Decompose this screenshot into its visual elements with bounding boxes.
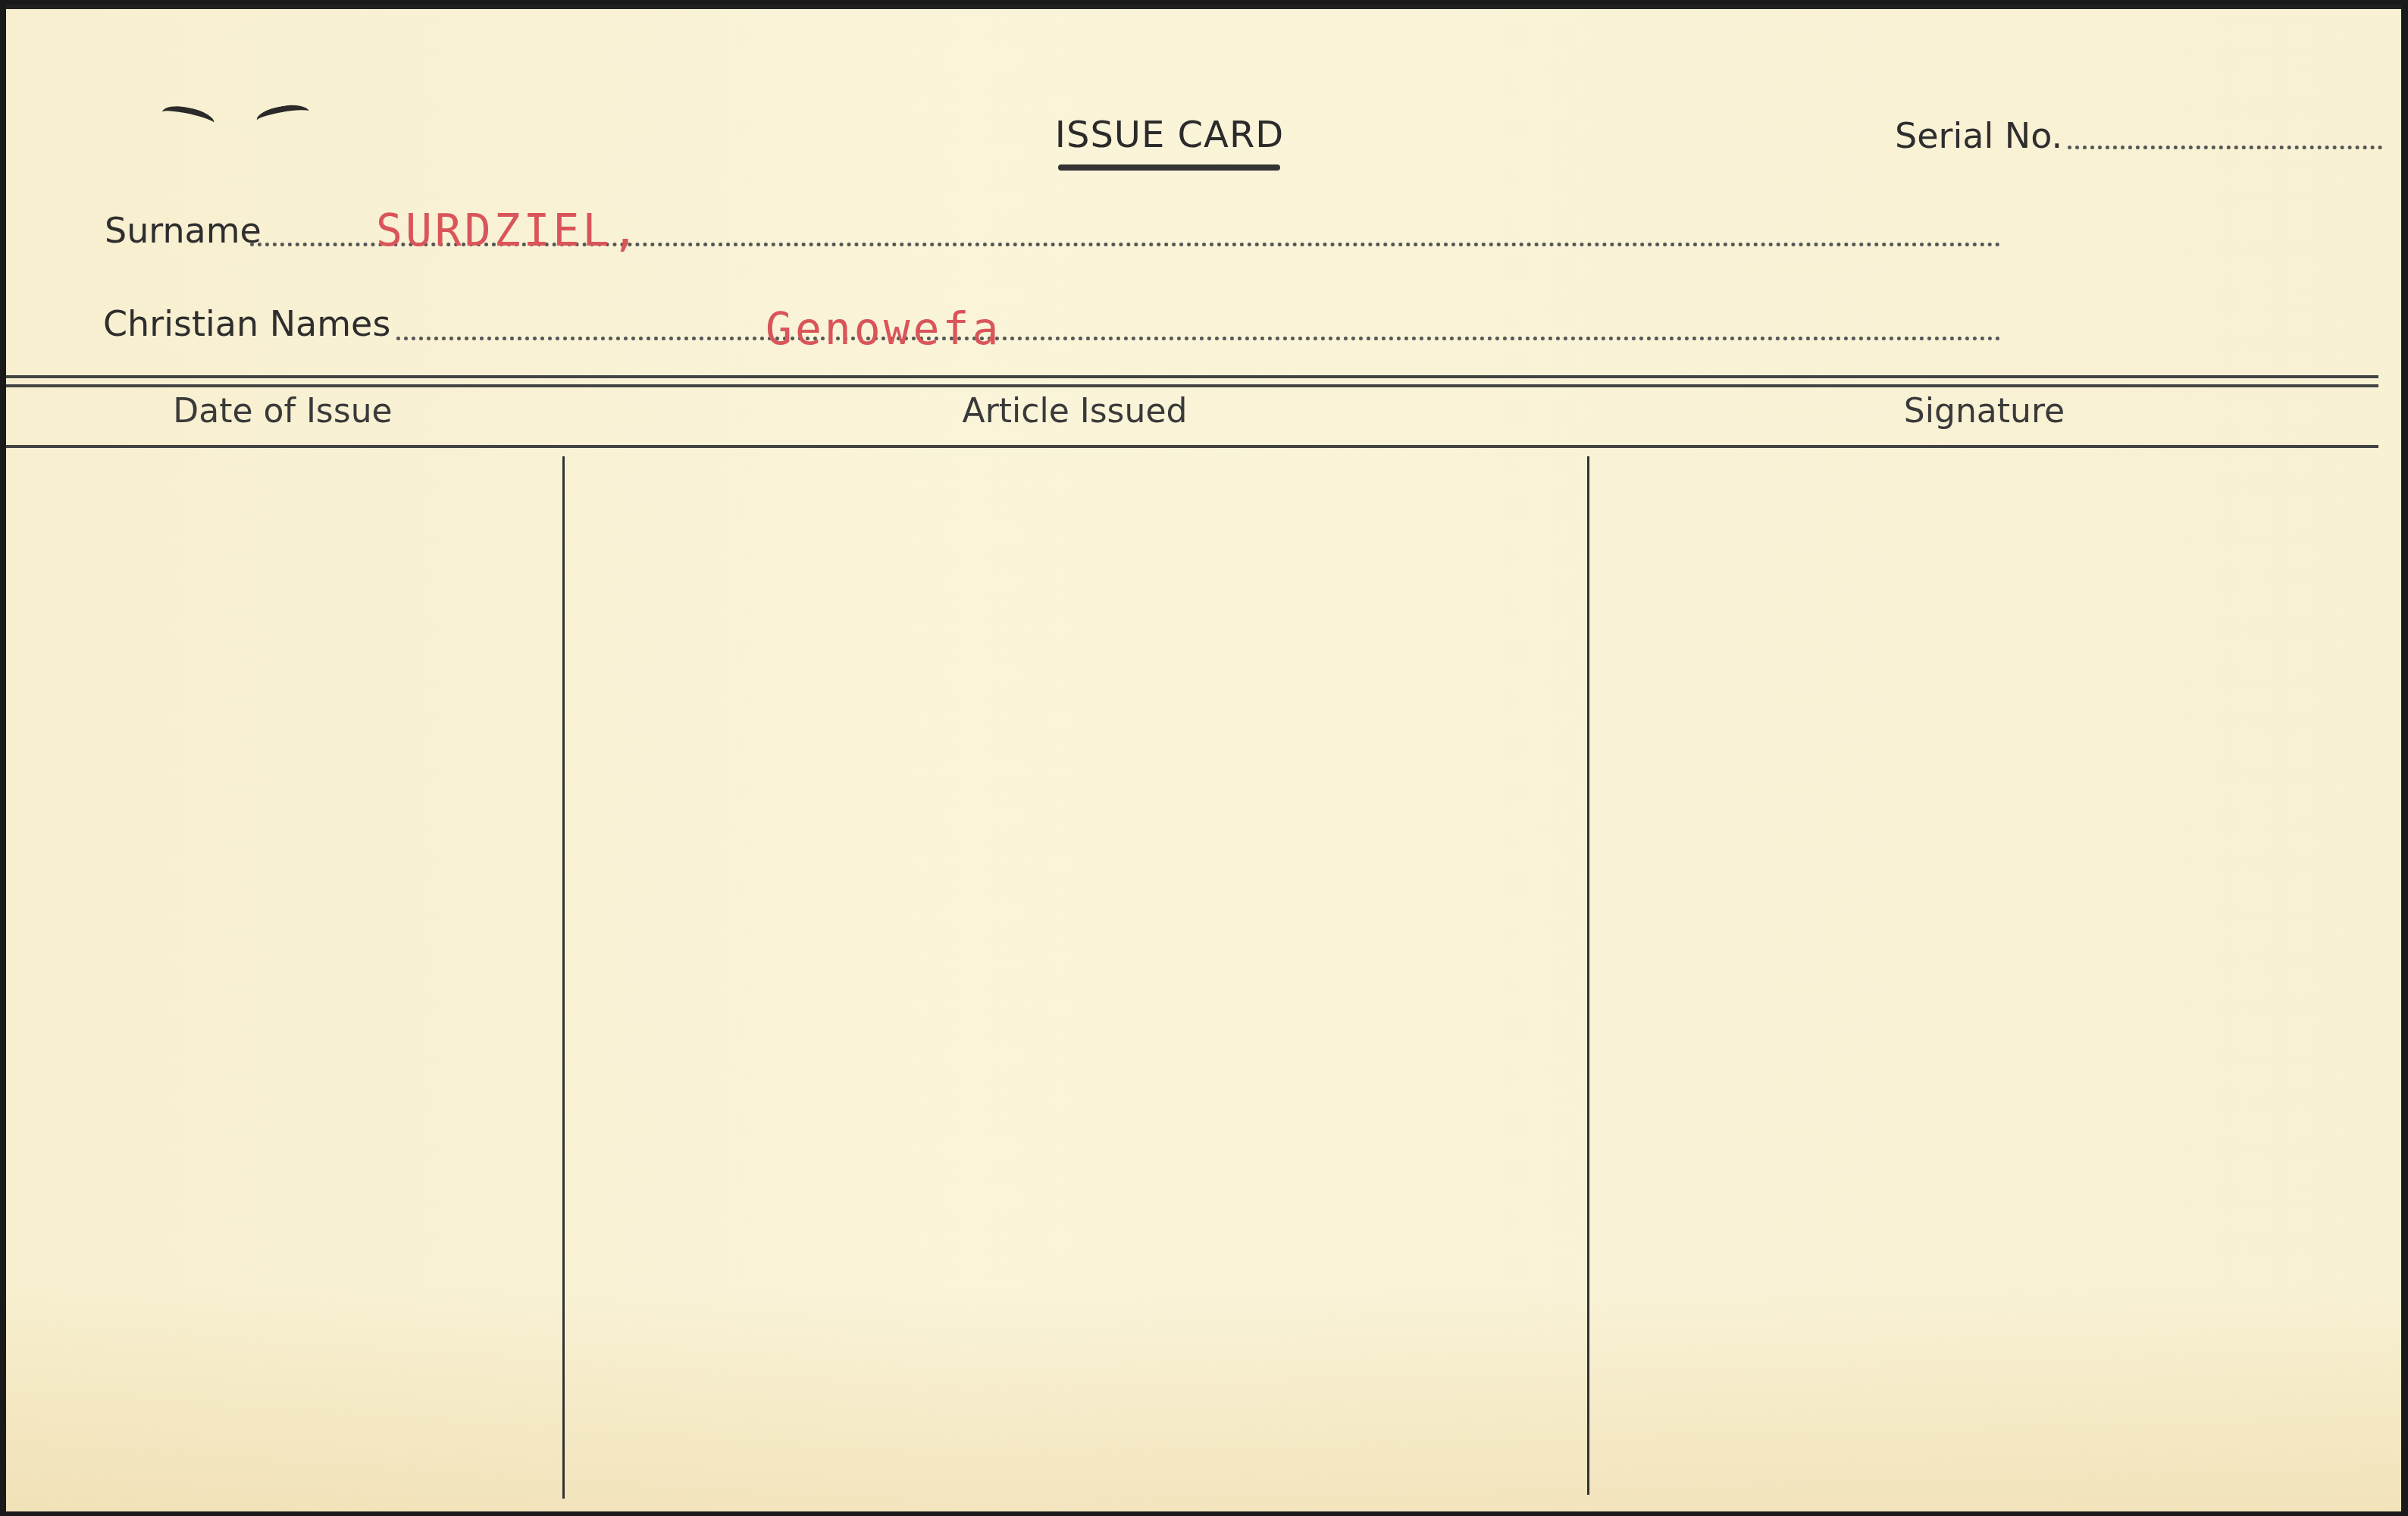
signature-column-area[interactable]: [1592, 456, 2380, 1495]
header-double-rule-bottom: [6, 384, 2378, 387]
title-underline: [1058, 164, 1280, 171]
serial-number-field[interactable]: [2068, 146, 2382, 149]
date-of-issue-column-area[interactable]: [6, 456, 559, 1495]
christian-names-value: Genowefa: [766, 303, 1001, 355]
column-header-article-issued: Article Issued: [885, 392, 1264, 431]
card-title: ISSUE CARD: [1052, 114, 1287, 156]
surname-value: SURDZIEL,: [376, 205, 641, 256]
header-bottom-rule: [6, 445, 2378, 448]
staple-mark-icon: [255, 102, 310, 130]
staple-mark-icon: [160, 102, 216, 133]
column-header-signature: Signature: [1802, 392, 2166, 431]
column-divider-1: [562, 456, 565, 1499]
column-divider-2: [1587, 456, 1589, 1495]
column-header-date-of-issue: Date of Issue: [97, 392, 468, 431]
christian-names-field[interactable]: [396, 337, 2001, 340]
issue-card: ISSUE CARD Serial No. Surname SURDZIEL, …: [6, 5, 2401, 1511]
christian-names-label: Christian Names: [103, 303, 390, 344]
surname-label: Surname: [105, 210, 261, 251]
header-double-rule-top: [6, 375, 2378, 378]
serial-number-label: Serial No.: [1895, 115, 2062, 156]
article-issued-column-area[interactable]: [567, 456, 1584, 1495]
